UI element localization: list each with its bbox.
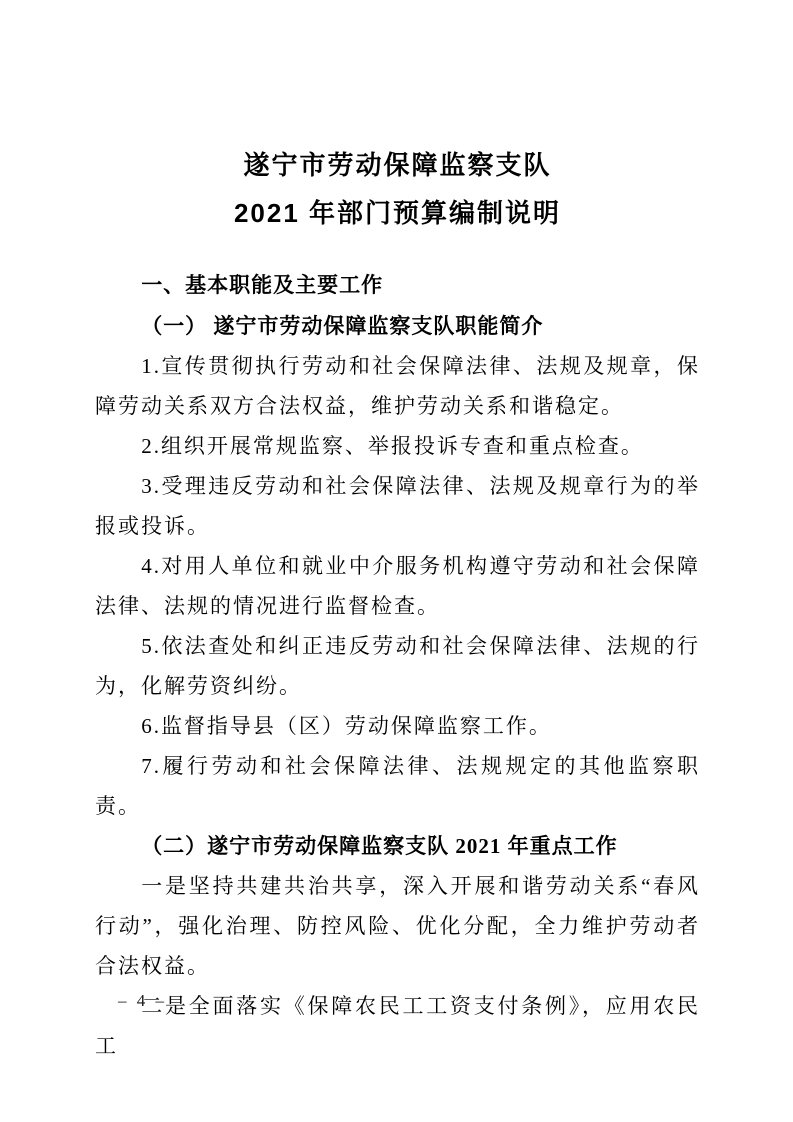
duty-paragraph-6: 6.监督指导县（区）劳动保障监察工作。 <box>95 706 700 746</box>
document-page: 遂宁市劳动保障监察支队 2021 年部门预算编制说明 一、基本职能及主要工作 （… <box>0 0 793 1122</box>
duty-paragraph-4: 4.对用人单位和就业中介服务机构遵守劳动和社会保障法律、法规的情况进行监督检查。 <box>95 546 700 626</box>
page-number: – 4 – <box>118 991 167 1011</box>
page-content: 遂宁市劳动保障监察支队 2021 年部门预算编制说明 一、基本职能及主要工作 （… <box>95 0 700 1066</box>
subsection-1-heading: （一） 遂宁市劳动保障监察支队职能简介 <box>95 306 700 346</box>
duty-paragraph-1: 1.宣传贯彻执行劳动和社会保障法律、法规及规章，保障劳动关系双方合法权益，维护劳… <box>95 346 700 426</box>
document-title-line2: 2021 年部门预算编制说明 <box>95 189 700 237</box>
keywork-paragraph-2: 二是全面落实《保障农民工工资支付条例》，应用农民工 <box>95 986 700 1066</box>
duty-paragraph-5: 5.依法查处和纠正违反劳动和社会保障法律、法规的行为，化解劳资纠纷。 <box>95 626 700 706</box>
duty-paragraph-3: 3.受理违反劳动和社会保障法律、法规及规章行为的举报或投诉。 <box>95 466 700 546</box>
document-body: 一、基本职能及主要工作 （一） 遂宁市劳动保障监察支队职能简介 1.宣传贯彻执行… <box>95 266 700 1066</box>
keywork-paragraph-1: 一是坚持共建共治共享，深入开展和谐劳动关系“春风行动”，强化治理、防控风险、优化… <box>95 866 700 986</box>
section-heading: 一、基本职能及主要工作 <box>95 266 700 306</box>
document-title-line1: 遂宁市劳动保障监察支队 <box>95 141 700 189</box>
subsection-2-heading: （二）遂宁市劳动保障监察支队 2021 年重点工作 <box>95 826 700 866</box>
document-title: 遂宁市劳动保障监察支队 2021 年部门预算编制说明 <box>95 141 700 237</box>
duty-paragraph-2: 2.组织开展常规监察、举报投诉专查和重点检查。 <box>95 426 700 466</box>
duty-paragraph-7: 7.履行劳动和社会保障法律、法规规定的其他监察职责。 <box>95 746 700 826</box>
